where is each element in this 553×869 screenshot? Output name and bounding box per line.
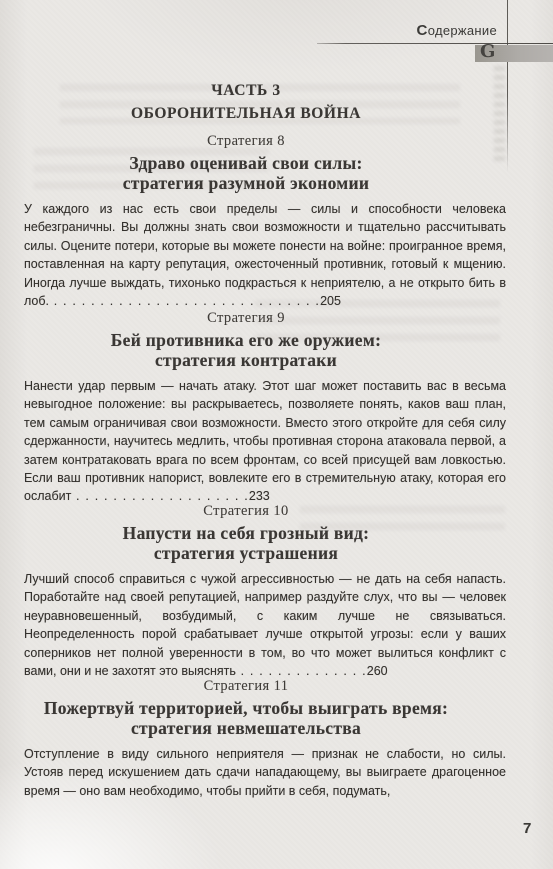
leader-dots: . . . . . . . . . . . . . . [236,664,367,678]
part-kicker: ЧАСТЬ 3 [24,80,468,103]
page-number: 7 [523,820,531,837]
toc-section: Стратегия 11 Пожертвуй территорией, чтоб… [24,678,506,800]
strategy-summary: Лучший способ справиться с чужой агресси… [24,570,506,680]
edge-tab-marker: G [475,45,553,62]
toc-section: Стратегия 8 Здраво оценивай свои силы: с… [24,133,506,310]
strategy-title: Пожертвуй территорией, чтобы выиграть вр… [24,699,468,738]
running-header: Содержание [417,22,498,39]
strategy-summary: Отступление в виду сильного неприятеля —… [24,745,506,800]
summary-text: Отступление в виду сильного неприятеля —… [24,747,506,798]
book-page: Содержание G ЧАСТЬ 3 ОБОРОНИТЕЛЬНАЯ ВОЙН… [0,0,553,869]
strategy-title: Напусти на себя грозный вид: стратегия у… [24,524,468,563]
leader-dots: . . . . . . . . . . . . . . . . . . . [71,489,249,503]
page-ref: 205 [320,294,341,308]
strategy-title-line2: стратегия разумной экономии [123,173,370,193]
page-ref: 233 [249,489,270,503]
strategy-label: Стратегия 9 [24,310,468,327]
summary-text: Нанести удар первым — начать атаку. Этот… [24,379,506,503]
strategy-title-line1: Пожертвуй территорией, чтобы выиграть вр… [44,698,448,718]
edge-tab-letter: G [480,42,495,62]
strategy-title-line1: Здраво оценивай свои силы: [129,153,362,173]
strategy-summary: У каждого из нас есть свои пределы — сил… [24,200,506,310]
strategy-title: Бей противника его же оружием: стратегия… [24,331,468,370]
running-title: Содержание [417,22,498,39]
summary-text: Лучший способ справиться с чужой агресси… [24,572,506,678]
strategy-title-line2: стратегия контратаки [155,350,337,370]
strategy-title-line1: Бей противника его же оружием: [111,330,381,350]
strategy-label: Стратегия 11 [24,678,468,695]
strategy-title: Здраво оценивай свои силы: стратегия раз… [24,154,468,193]
toc-section: Стратегия 9 Бей противника его же оружие… [24,310,506,506]
toc-section: Стратегия 10 Напусти на себя грозный вид… [24,503,506,680]
right-margin-line [507,0,508,172]
strategy-label: Стратегия 8 [24,133,468,150]
part-heading: ЧАСТЬ 3 ОБОРОНИТЕЛЬНАЯ ВОЙНА [24,80,468,125]
strategy-title-line2: стратегия устрашения [154,543,338,563]
page-ref: 260 [367,664,388,678]
strategy-summary: Нанести удар первым — начать атаку. Этот… [24,377,506,506]
part-title: ОБОРОНИТЕЛЬНАЯ ВОЙНА [24,103,468,126]
strategy-title-line1: Напусти на себя грозный вид: [123,523,370,543]
leader-dots: . . . . . . . . . . . . . . . . . . . . … [49,294,320,308]
strategy-title-line2: стратегия невмешательства [131,718,361,738]
summary-text: У каждого из нас есть свои пределы — сил… [24,202,506,308]
strategy-label: Стратегия 10 [24,503,468,520]
